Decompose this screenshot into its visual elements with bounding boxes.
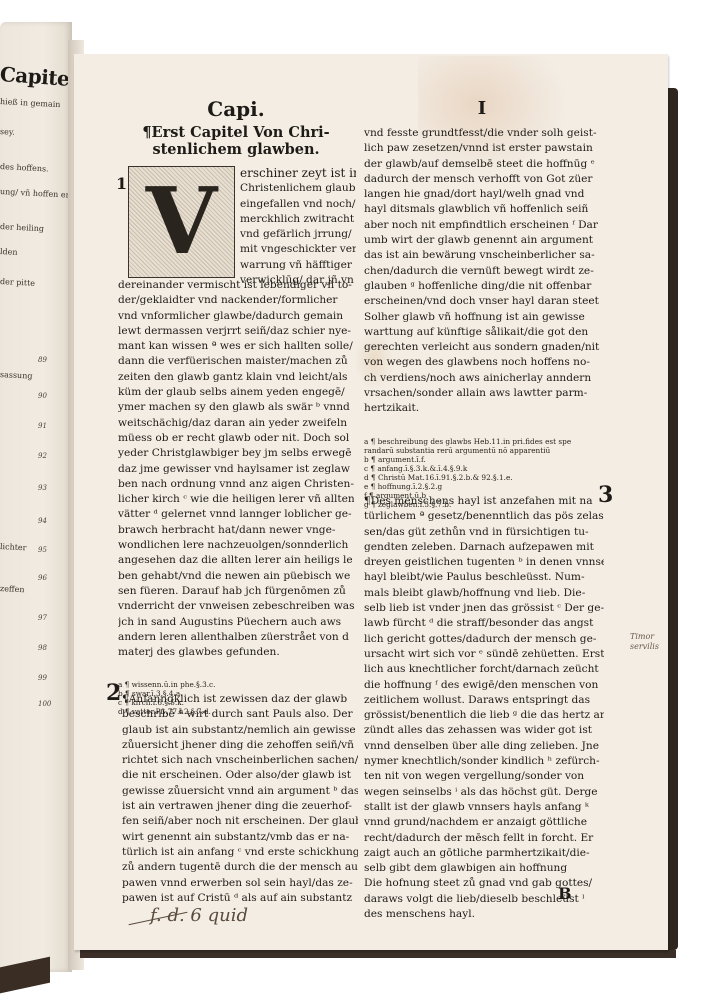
- left-page-line: sassung: [0, 370, 33, 381]
- text-line: angesehen daz die allten lerer ain heili…: [118, 553, 354, 568]
- text-line: vrsachen/sonder allain aws lawtter parm-: [364, 386, 600, 401]
- handwritten-margin-annotation: Timor servilis: [630, 632, 659, 652]
- text-line: andern leren allenthalben züerstrået von…: [118, 630, 354, 645]
- text-line-content: selb lieb ist vnder jnen das grössist ᶜ …: [364, 602, 604, 614]
- text-line: lich paw zesetzen/vnnd ist erster pawsta…: [364, 141, 600, 156]
- text-line: von wegen des glawbens noch hoffens no-: [364, 355, 600, 370]
- text-line: bymer machen sy den glawb als swär ᵇ vnn…: [118, 400, 354, 415]
- text-line: selb gibt dem glawbigen ain hoffnung: [364, 861, 604, 876]
- text-line-content: nymer knechtlich/sonder kindlich ʰ zefür…: [364, 755, 600, 767]
- text-line: zůuersicht jhener ding die zehoffen seiñ…: [122, 738, 358, 753]
- running-head: Capi.: [118, 96, 354, 122]
- text-line: stallt ist der glawb vnnsers hayls anfan…: [364, 800, 604, 815]
- folio-number: I: [364, 96, 600, 122]
- text-line: richtet sich nach vnscheinberlichen sach…: [122, 753, 358, 768]
- text-line: vnderricht der vnweisen zebeschreiben wa…: [118, 599, 354, 614]
- left-page-line: hieß in gemain: [0, 97, 61, 109]
- text-line-content: ymer machen sy den glawb als swär ᵇ vnnd: [118, 401, 350, 413]
- text-line: mals bleibt glawb/hoffnung vnd lieb. Die…: [364, 586, 604, 601]
- text-line: ¶Des menschens hayl ist anzefahen mit na: [364, 494, 604, 509]
- footnote: a ¶ beschreibung des glawbs Heb.11.in pr…: [364, 437, 600, 446]
- text-line: dadurch der mensch verhofft von Got züer: [364, 172, 600, 187]
- text-line: recht/dadurch der mēsch fellt in forcht.…: [364, 831, 604, 846]
- folio-number: 90: [38, 392, 47, 400]
- text-line: dann die verfüerischen maister/machen zů: [118, 354, 354, 369]
- left-page-line: der pitte: [0, 277, 35, 288]
- left-page-line: zeffen: [0, 584, 25, 594]
- text-line: hayl bleibt/wie Paulus beschleüsst. Num-: [364, 570, 604, 585]
- folio-number: 95: [38, 546, 47, 554]
- section-2: 2 ¶Anfanngklich ist zewissen daz der gla…: [118, 692, 358, 906]
- section-3-body: ¶Des menschens hayl ist anzefahen mit na…: [364, 494, 604, 922]
- folio-number: 98: [38, 644, 47, 652]
- text-line: lewt dermassen verjrrt seiñ/daz schier n…: [118, 324, 354, 339]
- section-number: 1: [116, 176, 127, 191]
- section-3: 3 ¶Des menschens hayl ist anzefahen mit …: [364, 494, 604, 922]
- text-line-content: pawen ist auf Cristū ᵈ als auf ain subst…: [122, 892, 352, 904]
- signature-mark: B: [558, 884, 572, 903]
- text-line: Solher glawb vñ hoffnung ist ain gewisse: [364, 310, 600, 325]
- text-line: glauben ᵍ hoffenliche ding/die nit offen…: [364, 279, 600, 294]
- footnote: a ¶ wissenn.ū.in phe.§.3.c.: [118, 680, 354, 689]
- text-line: die nit erscheinen. Oder also/der glawb …: [122, 768, 358, 783]
- text-line: vnd fesste grundtfesst/die vnder solh ge…: [364, 126, 600, 141]
- text-line: erschiner zeyt ist in: [240, 166, 356, 181]
- text-line: lich aus knechtlicher forcht/darnach zeü…: [364, 662, 604, 677]
- text-line: ¶Anfanngklich ist zewissen daz der glawb: [122, 692, 358, 707]
- chapter-title: ¶Erst Capitel Von Chri- stenlichem glawb…: [118, 124, 354, 158]
- text-line: sen füeren. Darauf hab jch fürgenōmen zů: [118, 584, 354, 599]
- text-line: hertzikait.: [364, 401, 600, 416]
- text-line-content: mant kan wissen ª wes er sich hallten so…: [118, 340, 353, 352]
- text-line: des menschens hayl.: [364, 907, 604, 922]
- text-line: lawb fürcht ᵈ die straff/besonder das an…: [364, 616, 604, 631]
- text-line: daz jme gewisser vnd haylsamer ist zegla…: [118, 462, 354, 477]
- text-line: vnd gefärlich jrrung/: [240, 227, 356, 242]
- text-line-content: wegen seinselbs ⁱ als das höchst güt. De…: [364, 786, 598, 798]
- text-line: vnd vnformlicher glawbe/dadurch gemain: [118, 309, 354, 324]
- folio-number: 97: [38, 614, 47, 622]
- initial-lines: erschiner zeyt ist in Christenlichem gla…: [240, 166, 356, 288]
- text-line: clicher kirch ᶜ wie die heiligen lerer v…: [118, 492, 354, 507]
- chapter-title-line: stenlichem glawben.: [118, 141, 354, 158]
- left-page: Capitel hieß in gemain sey. des hoffens.…: [0, 22, 72, 972]
- text-line-content: lawb fürcht ᵈ die straff/besonder das an…: [364, 617, 593, 629]
- text-line: zündt alles das zehassen was wider got i…: [364, 723, 604, 738]
- footnote: d ¶ Christū Mat.16.ī.91.§.2.b.& 92.§.1.e…: [364, 473, 600, 482]
- text-line: aber noch nit empfindtlich erscheinen ᶠ …: [364, 218, 600, 233]
- text-line: warttung auf künftige sålikait/die got d…: [364, 325, 600, 340]
- text-line-content: daraws volgt die lieb/dieselb beschleüst…: [364, 893, 585, 905]
- text-line-content: beschribē ª wirt durch sant Pauls also. …: [122, 708, 353, 720]
- text-line: dreyen geistlichen tugenten ᵇ in denen v…: [364, 555, 604, 570]
- footnote: c ¶ anfang.ī.§.3.k.&.ī.4.§.9.k: [364, 464, 600, 473]
- text-line-content: glauben ᵍ hoffenliche ding/die nit offen…: [364, 280, 591, 292]
- text-line: dpawen ist auf Cristū ᵈ als auf ain subs…: [122, 891, 358, 906]
- text-line: wondlichen lere nachzeuolgen/sonnderlich: [118, 538, 354, 553]
- text-line: küm der glaub selbs ainem yeden engegē/: [118, 385, 354, 400]
- text-line: zů andern tugentē durch die der mensch a…: [122, 860, 358, 875]
- text-line: eingefallen vnd noch/: [240, 197, 356, 212]
- text-line: nymer knechtlich/sonder kindlich ʰ zefür…: [364, 754, 604, 769]
- text-line: Christenlichem glaub: [240, 181, 356, 196]
- text-line-content: dreyen geistlichen tugenten ᵇ in denen v…: [364, 556, 604, 568]
- text-line: grössist/benentlich die lieb ᵍ die das h…: [364, 708, 604, 723]
- text-line-content: der glawb/auf demselbē steet die hoffnūg…: [364, 158, 595, 170]
- left-page-line: sey.: [0, 127, 15, 137]
- text-line-content: licher kirch ᶜ wie die heiligen lerer vñ…: [118, 493, 354, 505]
- text-line: zeiten den glawb gantz klain vnd leicht/…: [118, 370, 354, 385]
- text-line: amant kan wissen ª wes er sich hallten s…: [118, 339, 354, 354]
- text-line: ten nit von wegen vergellung/sonder von: [364, 769, 604, 784]
- folio-number: 100: [38, 700, 51, 708]
- folio-number: 94: [38, 517, 47, 525]
- left-page-title: Capitel: [0, 62, 77, 91]
- text-line: sen/das güt zethůn vnd in fürsichtigen t…: [364, 525, 604, 540]
- text-line: ch verdiens/noch aws ainicherlay anndern: [364, 371, 600, 386]
- text-line-content: türlichem ª gesetz/benenntlich das pös z…: [364, 510, 604, 522]
- section-1-body: dereinander vermischt ist lebendiger vñ …: [118, 278, 354, 660]
- text-line: die hoffnung ᶠ des ewigē/den menschen vo…: [364, 678, 604, 693]
- left-column: Capi. ¶Erst Capitel Von Chri- stenlichem…: [118, 96, 354, 716]
- folio-number: 93: [38, 484, 47, 492]
- text-line: lich gericht gottes/dadurch der mensch g…: [364, 632, 604, 647]
- text-line: ctürlich ist ain anfang ᶜ vnd erste schi…: [122, 845, 358, 860]
- text-line: hayl ditsmals glawblich vñ hoffenlich se…: [364, 202, 600, 217]
- text-line: abeschribē ª wirt durch sant Pauls also.…: [122, 707, 358, 722]
- folio-number: 96: [38, 574, 47, 582]
- text-line: ben nach ordnung vnnd anz aigen Christen…: [118, 477, 354, 492]
- text-line-content: die hoffnung ᶠ des ewigē/den menschen vo…: [364, 679, 598, 691]
- text-line: ist ain vertrawen jhener ding die zeuerh…: [122, 799, 358, 814]
- text-line-content: vätter ᵈ gelernet vnnd lannger loblicher…: [118, 508, 352, 520]
- text-line: ursacht wirt sich vor ᵉ sündē zehüetten.…: [364, 647, 604, 662]
- text-line: pawen vnnd erwerben sol sein hayl/das ze…: [122, 876, 358, 891]
- text-line: müess ob er recht glawb oder nit. Doch s…: [118, 431, 354, 446]
- text-line: zeitlichem wollust. Daraws entspringt da…: [364, 693, 604, 708]
- right-column-body: vnd fesste grundtfesst/die vnder solh ge…: [364, 126, 600, 417]
- text-line: zaigt auch an gōtliche parmhertzikait/di…: [364, 846, 604, 861]
- section-2-body: ¶Anfanngklich ist zewissen daz der glawb…: [122, 692, 358, 906]
- text-line: wirt genennt ain substantz/vmb das er na…: [122, 830, 358, 845]
- text-line-content: aber noch nit empfindtlich erscheinen ᶠ …: [364, 219, 598, 231]
- text-line: gerechten verleicht aus sondern gnaden/n…: [364, 340, 600, 355]
- right-column: I vnd fesste grundtfesst/die vnder solh …: [364, 96, 600, 509]
- left-page-line: der heiling: [0, 222, 44, 233]
- folio-number: 91: [38, 422, 47, 430]
- text-line: wegen seinselbs ⁱ als das höchst güt. De…: [364, 785, 604, 800]
- text-line: bgewisse zůuersicht vnnd ain argument ᵇ …: [122, 784, 358, 799]
- text-line: ben gehabt/vnd die newen ain püebisch we: [118, 569, 354, 584]
- text-line-content: gewisse zůuersicht vnnd ain argument ᵇ d…: [122, 785, 358, 797]
- left-page-line: lden: [0, 247, 18, 257]
- folio-number: 92: [38, 452, 47, 460]
- footnote: e ¶ hoffnung.ī.2.§.2.g: [364, 482, 600, 491]
- text-line: umb wirt der glawb genennt ain argument: [364, 233, 600, 248]
- text-line: das ist ain bewärung vnscheinberlicher s…: [364, 248, 600, 263]
- folio-number: 99: [38, 674, 47, 682]
- left-page-line: lichter: [0, 542, 27, 552]
- text-line: chen/dadurch die vernüft bewegt wirdt ze…: [364, 264, 600, 279]
- text-line: vnnd denselben über alle ding zelieben. …: [364, 739, 604, 754]
- text-line-content: ursacht wirt sich vor ᵉ sündē zehüetten.…: [364, 648, 604, 660]
- text-line: fen seiñ/aber noch nit erscheinen. Der g…: [122, 814, 358, 829]
- footnote: randarū substantia rerū argumentū nō app…: [364, 446, 600, 455]
- text-line: dereinander vermischt ist lebendiger vñ …: [118, 278, 354, 293]
- annotation-line: Timor: [630, 632, 659, 642]
- text-line: der/geklaidter vnd nackender/formlicher: [118, 293, 354, 308]
- text-line: der glawb/auf demselbē steet die hoffnūg…: [364, 157, 600, 172]
- book-cover-bottom-edge: [80, 950, 676, 958]
- text-line-content: stallt ist der glawb vnnsers hayls anfan…: [364, 801, 589, 813]
- annotation-line: servilis: [630, 642, 659, 652]
- text-line: mit vngeschickter ver-: [240, 242, 356, 257]
- text-line-content: grössist/benentlich die lieb ᵍ die das h…: [364, 709, 604, 721]
- text-line: vnnd grund/nachdem er anzaigt göttliche: [364, 815, 604, 830]
- text-line: selb lieb ist vnder jnen das grössist ᶜ …: [364, 601, 604, 616]
- section-1-opening: 1 V erschiner zeyt ist in Christenlichem…: [118, 166, 354, 278]
- text-line: merckhlich zwitracht: [240, 212, 356, 227]
- text-line: weitschächig/daz daran ain yeder zweifel…: [118, 416, 354, 431]
- text-line: glaub ist ain substantz/nemlich ain gewi…: [122, 723, 358, 738]
- text-line: materj des glawbes gefunden.: [118, 645, 354, 660]
- text-line: brawch herbracht hat/dann newer vnge-: [118, 523, 354, 538]
- text-line: langen hie gnad/dort hayl/welh gnad vnd: [364, 187, 600, 202]
- text-line: jch in sand Augustins Püechern auch aws: [118, 615, 354, 630]
- woodcut-initial: V: [128, 166, 235, 278]
- folio-number: 89: [38, 356, 47, 364]
- footnote: b ¶ argument.ī.f.: [364, 455, 600, 464]
- text-line: türlichem ª gesetz/benenntlich das pös z…: [364, 509, 604, 524]
- section-number: 2: [106, 686, 121, 701]
- left-page-line: des hoffens.: [0, 162, 49, 174]
- text-line: erscheinen/vnd doch vnser hayl daran ste…: [364, 294, 600, 309]
- text-line: gendten zeleben. Darnach aufzepawen mit: [364, 540, 604, 555]
- text-line-content: türlich ist ain anfang ᶜ vnd erste schic…: [122, 846, 358, 858]
- chapter-title-line: ¶Erst Capitel Von Chri-: [118, 124, 354, 141]
- text-line: yeder Christglawbiger bey jm selbs erweg…: [118, 446, 354, 461]
- text-line: dvätter ᵈ gelernet vnnd lannger lobliche…: [118, 507, 354, 522]
- handwritten-note: f. d. 6 quid: [150, 905, 248, 926]
- text-line: warrung vñ häfftiger: [240, 258, 356, 273]
